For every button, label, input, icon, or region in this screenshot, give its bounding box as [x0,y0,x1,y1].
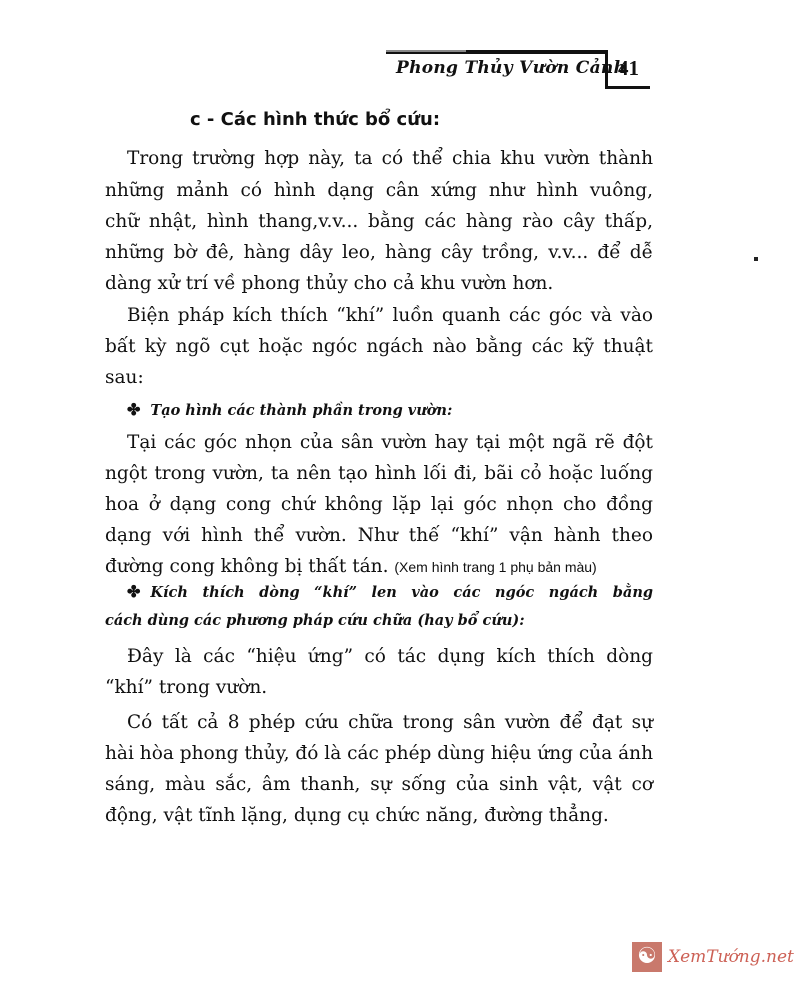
text-line: sáng, màu sắc, âm thanh, sự sống của sin… [105,774,653,795]
text-line: Tại các góc nhọn của sân vườn hay tại mộ… [127,432,653,453]
text-line: động, vật tĩnh lặng, dụng cụ chức năng, … [105,805,653,826]
text-line: những bờ đê, hàng dây leo, hàng cây trồn… [105,242,653,263]
page-number-underline [605,86,650,89]
text-line: dạng với hình thể vườn. Như thế “khí” vậ… [105,525,653,546]
clover-bullet-icon: ✤ [127,400,140,419]
running-header: Phong Thủy Vườn Cảnh 41 [386,50,650,95]
subheading-1: ✤Tạo hình các thành phần trong vườn: [127,400,452,419]
text-line: sau: [105,367,653,388]
text-line: Đây là các “hiệu ứng” có tác dụng kích t… [127,646,653,667]
text-line: chữ nhật, hình thang,v.v... bằng các hàn… [105,211,653,232]
page-number: 41 [618,56,639,81]
text-line: Trong trường hợp này, ta có thể chia khu… [127,148,653,169]
text-line: những mảnh có hình dạng cân xứng như hìn… [105,180,653,201]
text-line: hoa ở dạng cong chứ không lặp lại góc nh… [105,494,653,515]
subheading-line: ✤Kích thích dòng “khí” len vào các ngóc … [127,582,653,601]
running-title: Phong Thủy Vườn Cảnh [396,58,626,78]
text-line: ngột trong vườn, ta nên tạo hình lối đi,… [105,463,653,484]
text-line: bất kỳ ngõ cụt hoặc ngóc ngách nào bằng … [105,336,653,357]
clover-bullet-icon: ✤ [127,582,140,601]
scan-speck [754,257,758,261]
yin-yang-icon: ☯ [632,942,662,972]
subheading-line: cách dùng các phương pháp cứu chữa (hay … [105,612,525,629]
text-line: đường cong không bị thất tán. (Xem hình … [105,556,653,577]
text-line: “khí” trong vườn. [105,677,653,698]
header-rule-thin [386,50,466,52]
watermark: ☯ XemTướng.net [632,939,794,975]
figure-reference-note: (Xem hình trang 1 phụ bản màu) [394,559,596,575]
text-line: Có tất cả 8 phép cứu chữa trong sân vườn… [127,712,653,733]
subheading-text: Kích thích dòng “khí” len vào các ngóc n… [150,584,653,601]
section-heading: c - Các hình thức bổ cứu: [190,109,440,130]
text-line: Biện pháp kích thích “khí” luồn quanh cá… [127,305,653,326]
text-line: dàng xử trí về phong thủy cho cả khu vườ… [105,273,653,294]
text-line-main: đường cong không bị thất tán. [105,556,388,577]
subheading-text: Tạo hình các thành phần trong vườn: [150,402,452,419]
yin-yang-glyph: ☯ [637,946,657,968]
watermark-text: XemTướng.net [668,947,794,967]
text-line: hài hòa phong thủy, đó là các phép dùng … [105,743,653,764]
